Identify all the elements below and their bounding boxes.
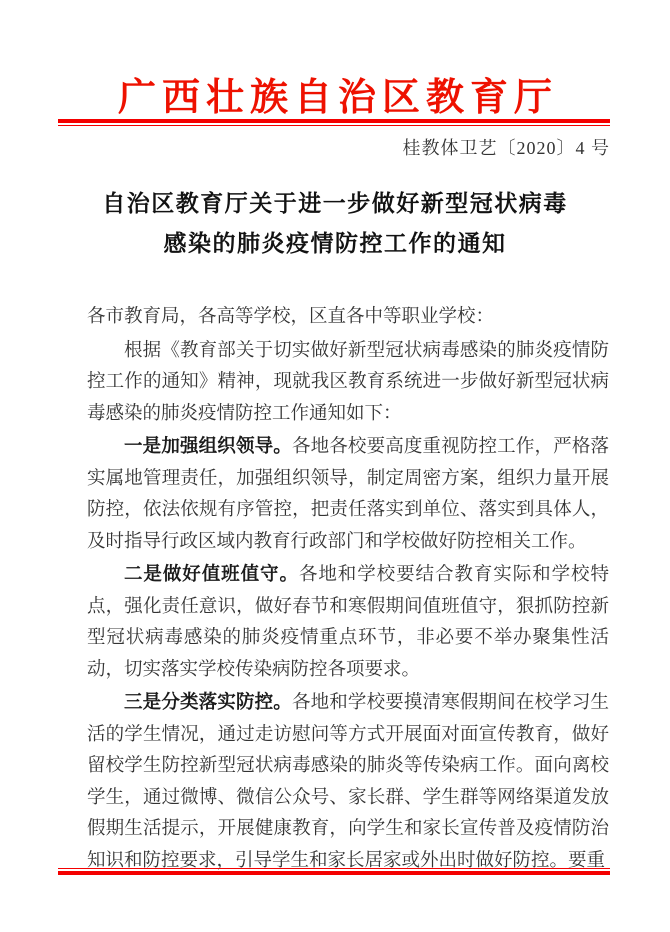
- paragraph-lead: 三是分类落实防控。: [124, 691, 292, 712]
- document-title-line2: 感染的肺炎疫情防控工作的通知: [0, 224, 670, 264]
- document-title: 自治区教育厅关于进一步做好新型冠状病毒 感染的肺炎疫情防控工作的通知: [0, 184, 670, 264]
- document-body: 各市教育局，各高等学校，区直各中等职业学校： 根据《教育部关于切实做好新型冠状病…: [87, 302, 609, 877]
- letterhead-rule: [58, 119, 610, 126]
- paragraph-lead: 一是加强组织领导。: [124, 435, 292, 456]
- body-paragraph-intro: 根据《教育部关于切实做好新型冠状病毒感染的肺炎疫情防控工作的通知》精神，现就我区…: [87, 334, 609, 431]
- body-paragraph-item3: 三是分类落实防控。各地和学校要摸清寒假期间在校学习生活的学生情况，通过走访慰问等…: [87, 686, 609, 877]
- paragraph-text: 根据《教育部关于切实做好新型冠状病毒感染的肺炎疫情防控工作的通知》精神，现就我区…: [87, 341, 609, 424]
- document-number: 桂教体卫艺〔2020〕4 号: [403, 134, 611, 160]
- body-paragraph-item1: 一是加强组织领导。各地各校要高度重视防控工作，严格落实属地管理责任，加强组织领导…: [87, 430, 609, 558]
- footer-rule: [58, 868, 610, 875]
- paragraph-text: 各地和学校要摸清寒假期间在校学习生活的学生情况，通过走访慰问等方式开展面对面宣传…: [87, 693, 609, 871]
- body-paragraph-item2: 二是做好值班值守。各地和学校要结合教育实际和学校特点，强化责任意识，做好春节和寒…: [87, 558, 609, 686]
- letterhead-rule-thin: [58, 125, 610, 126]
- document-page: 广西壮族自治区教育厅 桂教体卫艺〔2020〕4 号 自治区教育厅关于进一步做好新…: [0, 0, 670, 932]
- salutation-line: 各市教育局，各高等学校，区直各中等职业学校：: [87, 302, 609, 334]
- footer-rule-thick: [58, 871, 610, 875]
- document-title-line1: 自治区教育厅关于进一步做好新型冠状病毒: [0, 184, 670, 224]
- letterhead-org-name: 广西壮族自治区教育厅: [0, 66, 670, 121]
- paragraph-lead: 二是做好值班值守。: [124, 563, 299, 584]
